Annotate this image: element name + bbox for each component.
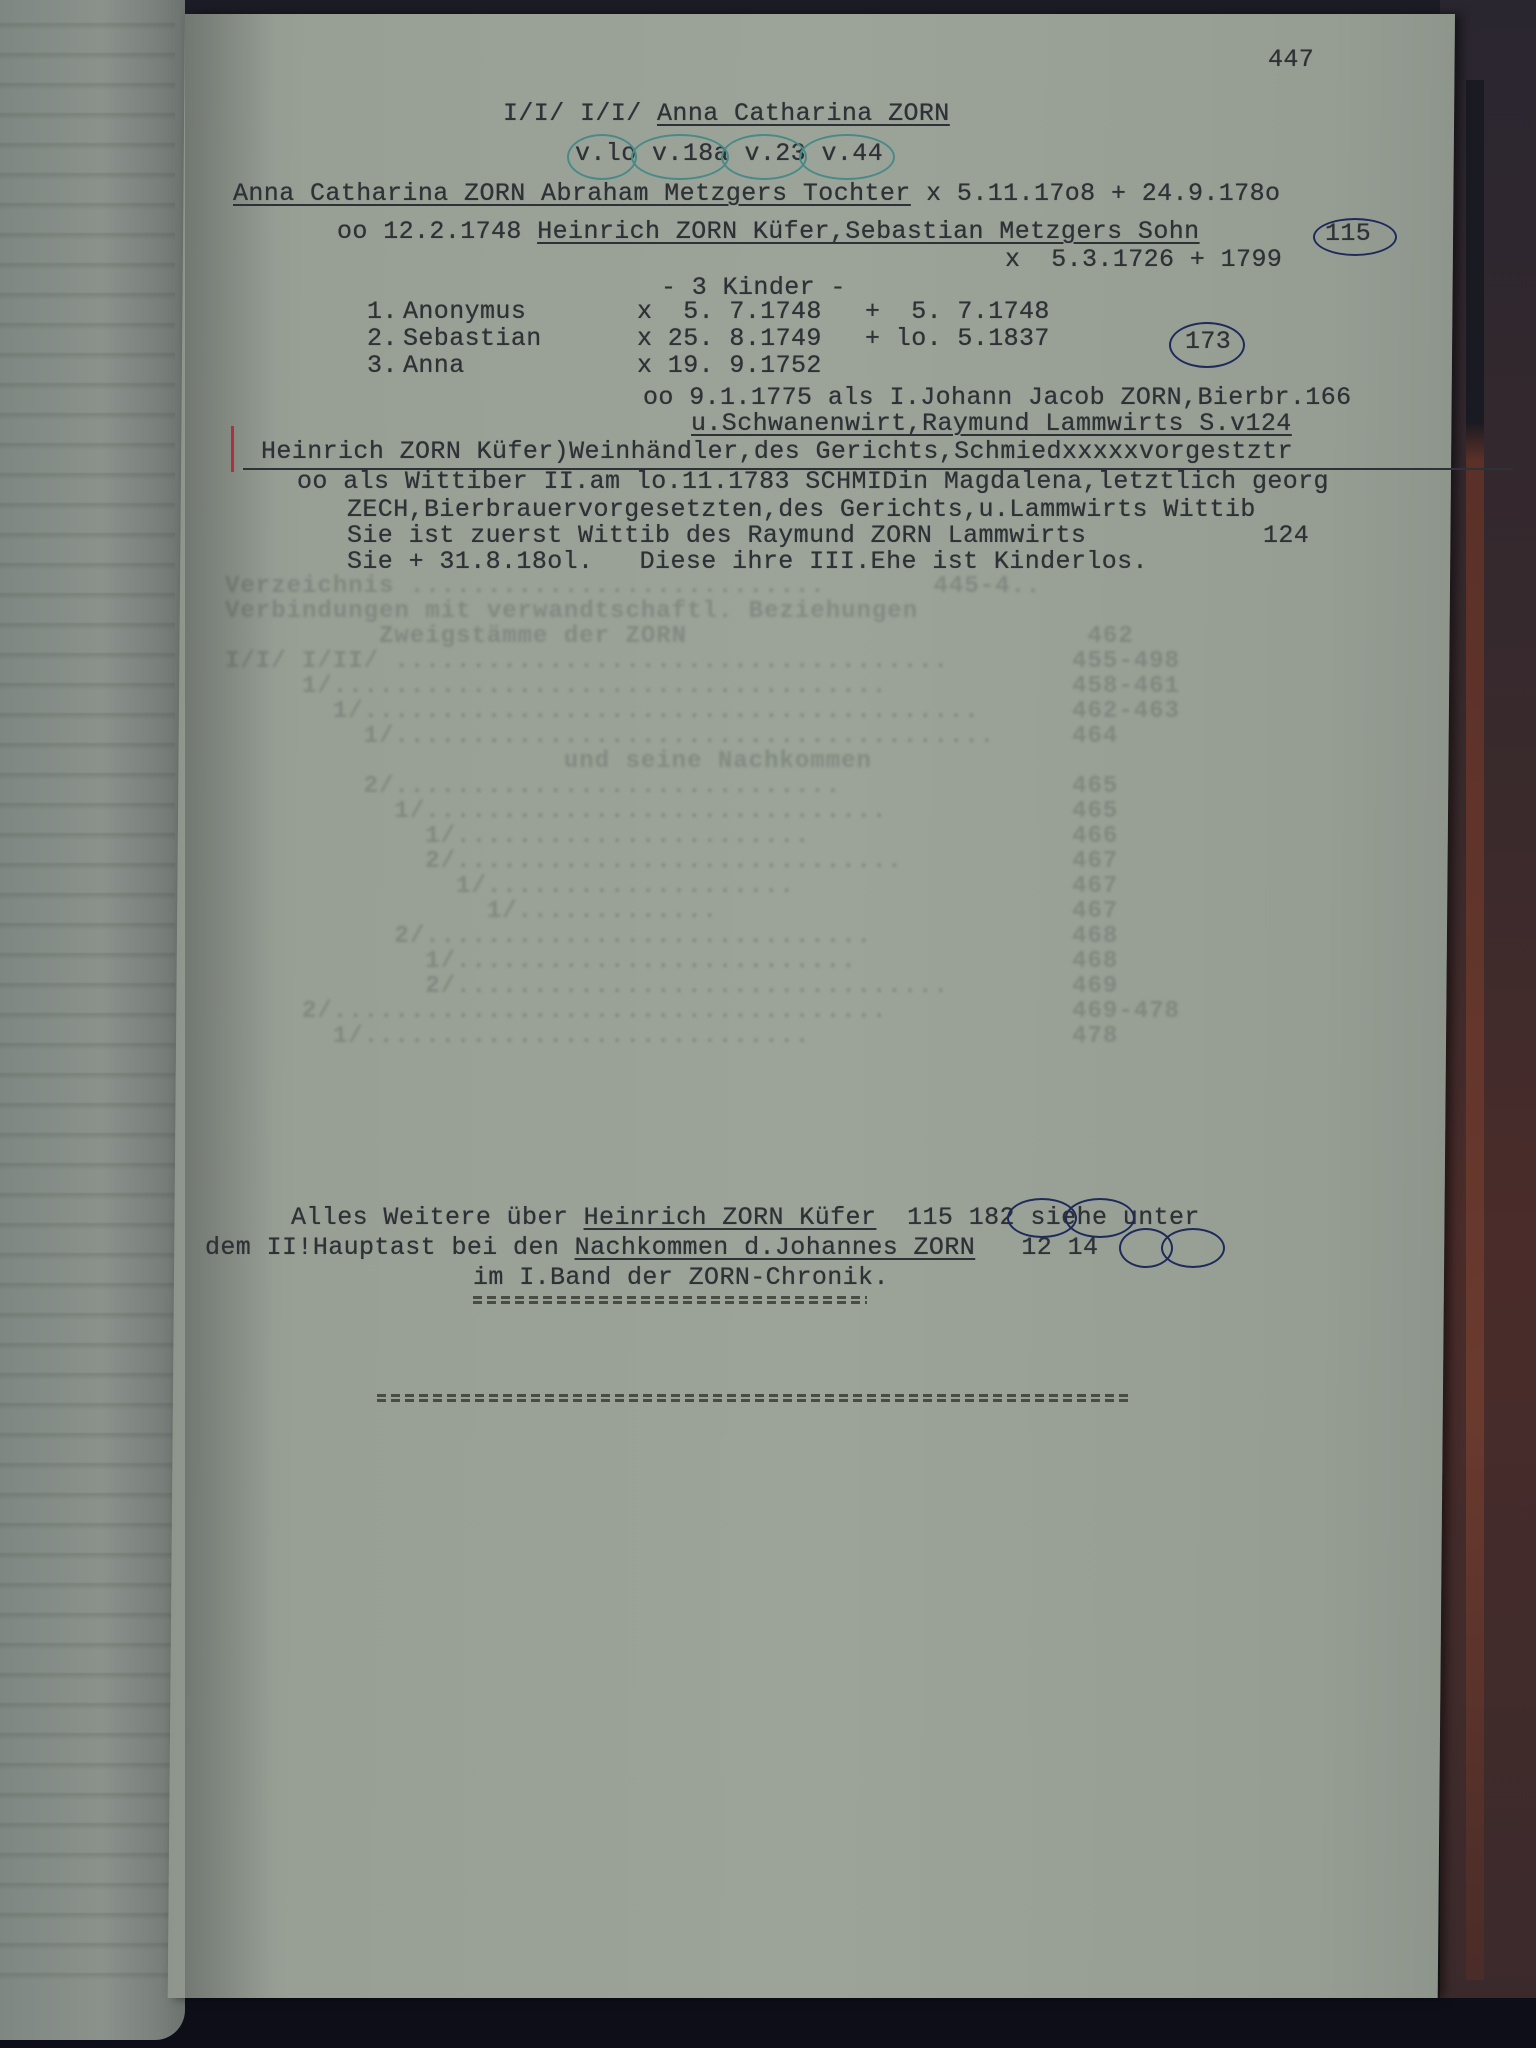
heading-prefix: I/I/ I/I/ — [503, 99, 642, 128]
child-row: 3.Annax 19. 9.1752 — [367, 352, 822, 380]
red-margin-mark — [231, 426, 234, 472]
footer-ref: 115 — [907, 1203, 953, 1232]
document-page: Verzeichnis ........................... … — [168, 14, 1455, 1998]
green-circle-mark — [567, 134, 637, 180]
green-circle-mark — [721, 134, 807, 180]
child-row: 2.Sebastianx 25. 8.1749+ lo. 5.1837 — [367, 325, 1050, 353]
person-dates: x 5.11.17o8 + 24.9.178o — [911, 179, 1281, 208]
left-facing-page — [0, 0, 185, 2040]
second-marriage-line-2: oo als Wittiber II.am lo.11.1783 SCHMIDi… — [297, 468, 1329, 496]
second-marriage-line-3: ZECH,Bierbrauervorgesetzten,des Gerichts… — [347, 496, 1256, 524]
spouse-name: Heinrich ZORN Küfer,Sebastian Metzgers S… — [537, 217, 1199, 246]
blue-circle-mark — [1065, 1198, 1135, 1238]
second-marriage-line-5: Sie + 31.8.18ol. Diese ihre III.Ehe ist … — [347, 548, 1148, 576]
second-marriage-line-4: Sie ist zuerst Wittib des Raymund ZORN L… — [347, 522, 1086, 550]
page-number: 447 — [1268, 46, 1314, 74]
spouse-dates: x 5.3.1726 + 1799 — [1005, 246, 1282, 274]
desk-background — [0, 1998, 1536, 2048]
bleed-through-text: Verzeichnis ........................... … — [225, 574, 1405, 1134]
blue-circle-mark — [1313, 218, 1397, 256]
separator-rule — [377, 1394, 1133, 1402]
page-heading: I/I/ I/I/ Anna Catharina ZORN — [503, 100, 950, 128]
green-circle-mark — [631, 134, 729, 180]
footer-line-2: dem II!Hauptast bei den Nachkommen d.Joh… — [205, 1234, 1098, 1262]
left-page-text-ghost — [0, 0, 175, 2000]
anna-marriage-line-2: u.Schwanenwirt,Raymund Lammwirts S.v124 — [691, 410, 1292, 438]
blue-circle-mark — [1161, 1228, 1225, 1268]
footer-ref: 12 — [1021, 1233, 1052, 1262]
footer-line-3: im I.Band der ZORN-Chronik. — [473, 1264, 889, 1292]
blue-circle-mark — [1169, 322, 1245, 368]
person-line: Anna Catharina ZORN Abraham Metzgers Toc… — [233, 180, 1280, 208]
footer-ref: 14 — [1068, 1233, 1099, 1262]
book-cover-edge — [1466, 80, 1484, 1980]
double-underline — [473, 1296, 867, 1304]
anna-marriage-line: oo 9.1.1775 als I.Johann Jacob ZORN,Bier… — [643, 384, 1352, 412]
second-marriage-line-1: Heinrich ZORN Küfer)Weinhändler,des Geri… — [261, 438, 1293, 466]
person-name: Anna Catharina ZORN Abraham Metzgers Toc… — [233, 179, 911, 208]
child-row: 1.Anonymusx 5. 7.1748+ 5. 7.1748 — [367, 298, 1050, 326]
green-circle-mark — [799, 134, 895, 180]
marriage-line: oo 12.2.1748 Heinrich ZORN Küfer,Sebasti… — [337, 218, 1200, 246]
second-marriage-ref: 124 — [1263, 522, 1309, 550]
marriage-date: oo 12.2.1748 — [337, 217, 537, 246]
heading-name: Anna Catharina ZORN — [657, 99, 950, 128]
